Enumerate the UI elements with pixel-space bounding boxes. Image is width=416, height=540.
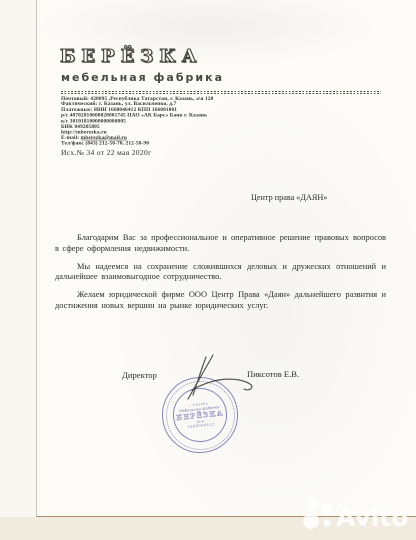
letterhead-divider <box>61 91 381 95</box>
avito-wordmark: Avito <box>336 503 408 532</box>
avito-logo-dot-large <box>303 513 319 529</box>
letter-body: Благодарим Вас за профессиональное и опе… <box>55 233 386 319</box>
avito-logo-dot-small-top <box>309 500 318 509</box>
paragraph-hope: Мы надеемся на сохранение сложившихся де… <box>55 262 386 283</box>
signature-name: Пиксотов Е.В. <box>247 369 299 379</box>
paragraph-wish: Желаем юридической фирме ООО Центр Права… <box>55 290 386 311</box>
scanned-letter-photo: БЕРЁЗКА мебельная фабрика Почтовый: 4200… <box>0 0 416 540</box>
recipient-line: Центр права «ДАЯН» <box>251 193 327 202</box>
company-logo-subtitle: мебельная фабрика <box>61 71 224 84</box>
paragraph-thanks: Благодарим Вас за профессиональное и опе… <box>55 233 386 254</box>
outgoing-ref-line: Исх.№ 34 от 22 мая 2020г <box>61 148 152 157</box>
letterhead-details: Почтовый: 420095 ,Республика Татарстан, … <box>61 96 396 147</box>
signature-title: Директор <box>122 370 157 380</box>
avito-logo-dot-small-right <box>323 519 331 527</box>
phone-line: Тел/факс (843) 212-50-70, 212-50-90 <box>61 141 396 147</box>
avito-watermark: Avito <box>294 492 416 540</box>
avito-logo-dot-medium <box>321 504 333 516</box>
company-logo: БЕРЁЗКА <box>60 46 202 67</box>
company-stamp: г.Казань Мебельная фабрика БЕРЁЗКА ИНН 1… <box>158 373 242 457</box>
